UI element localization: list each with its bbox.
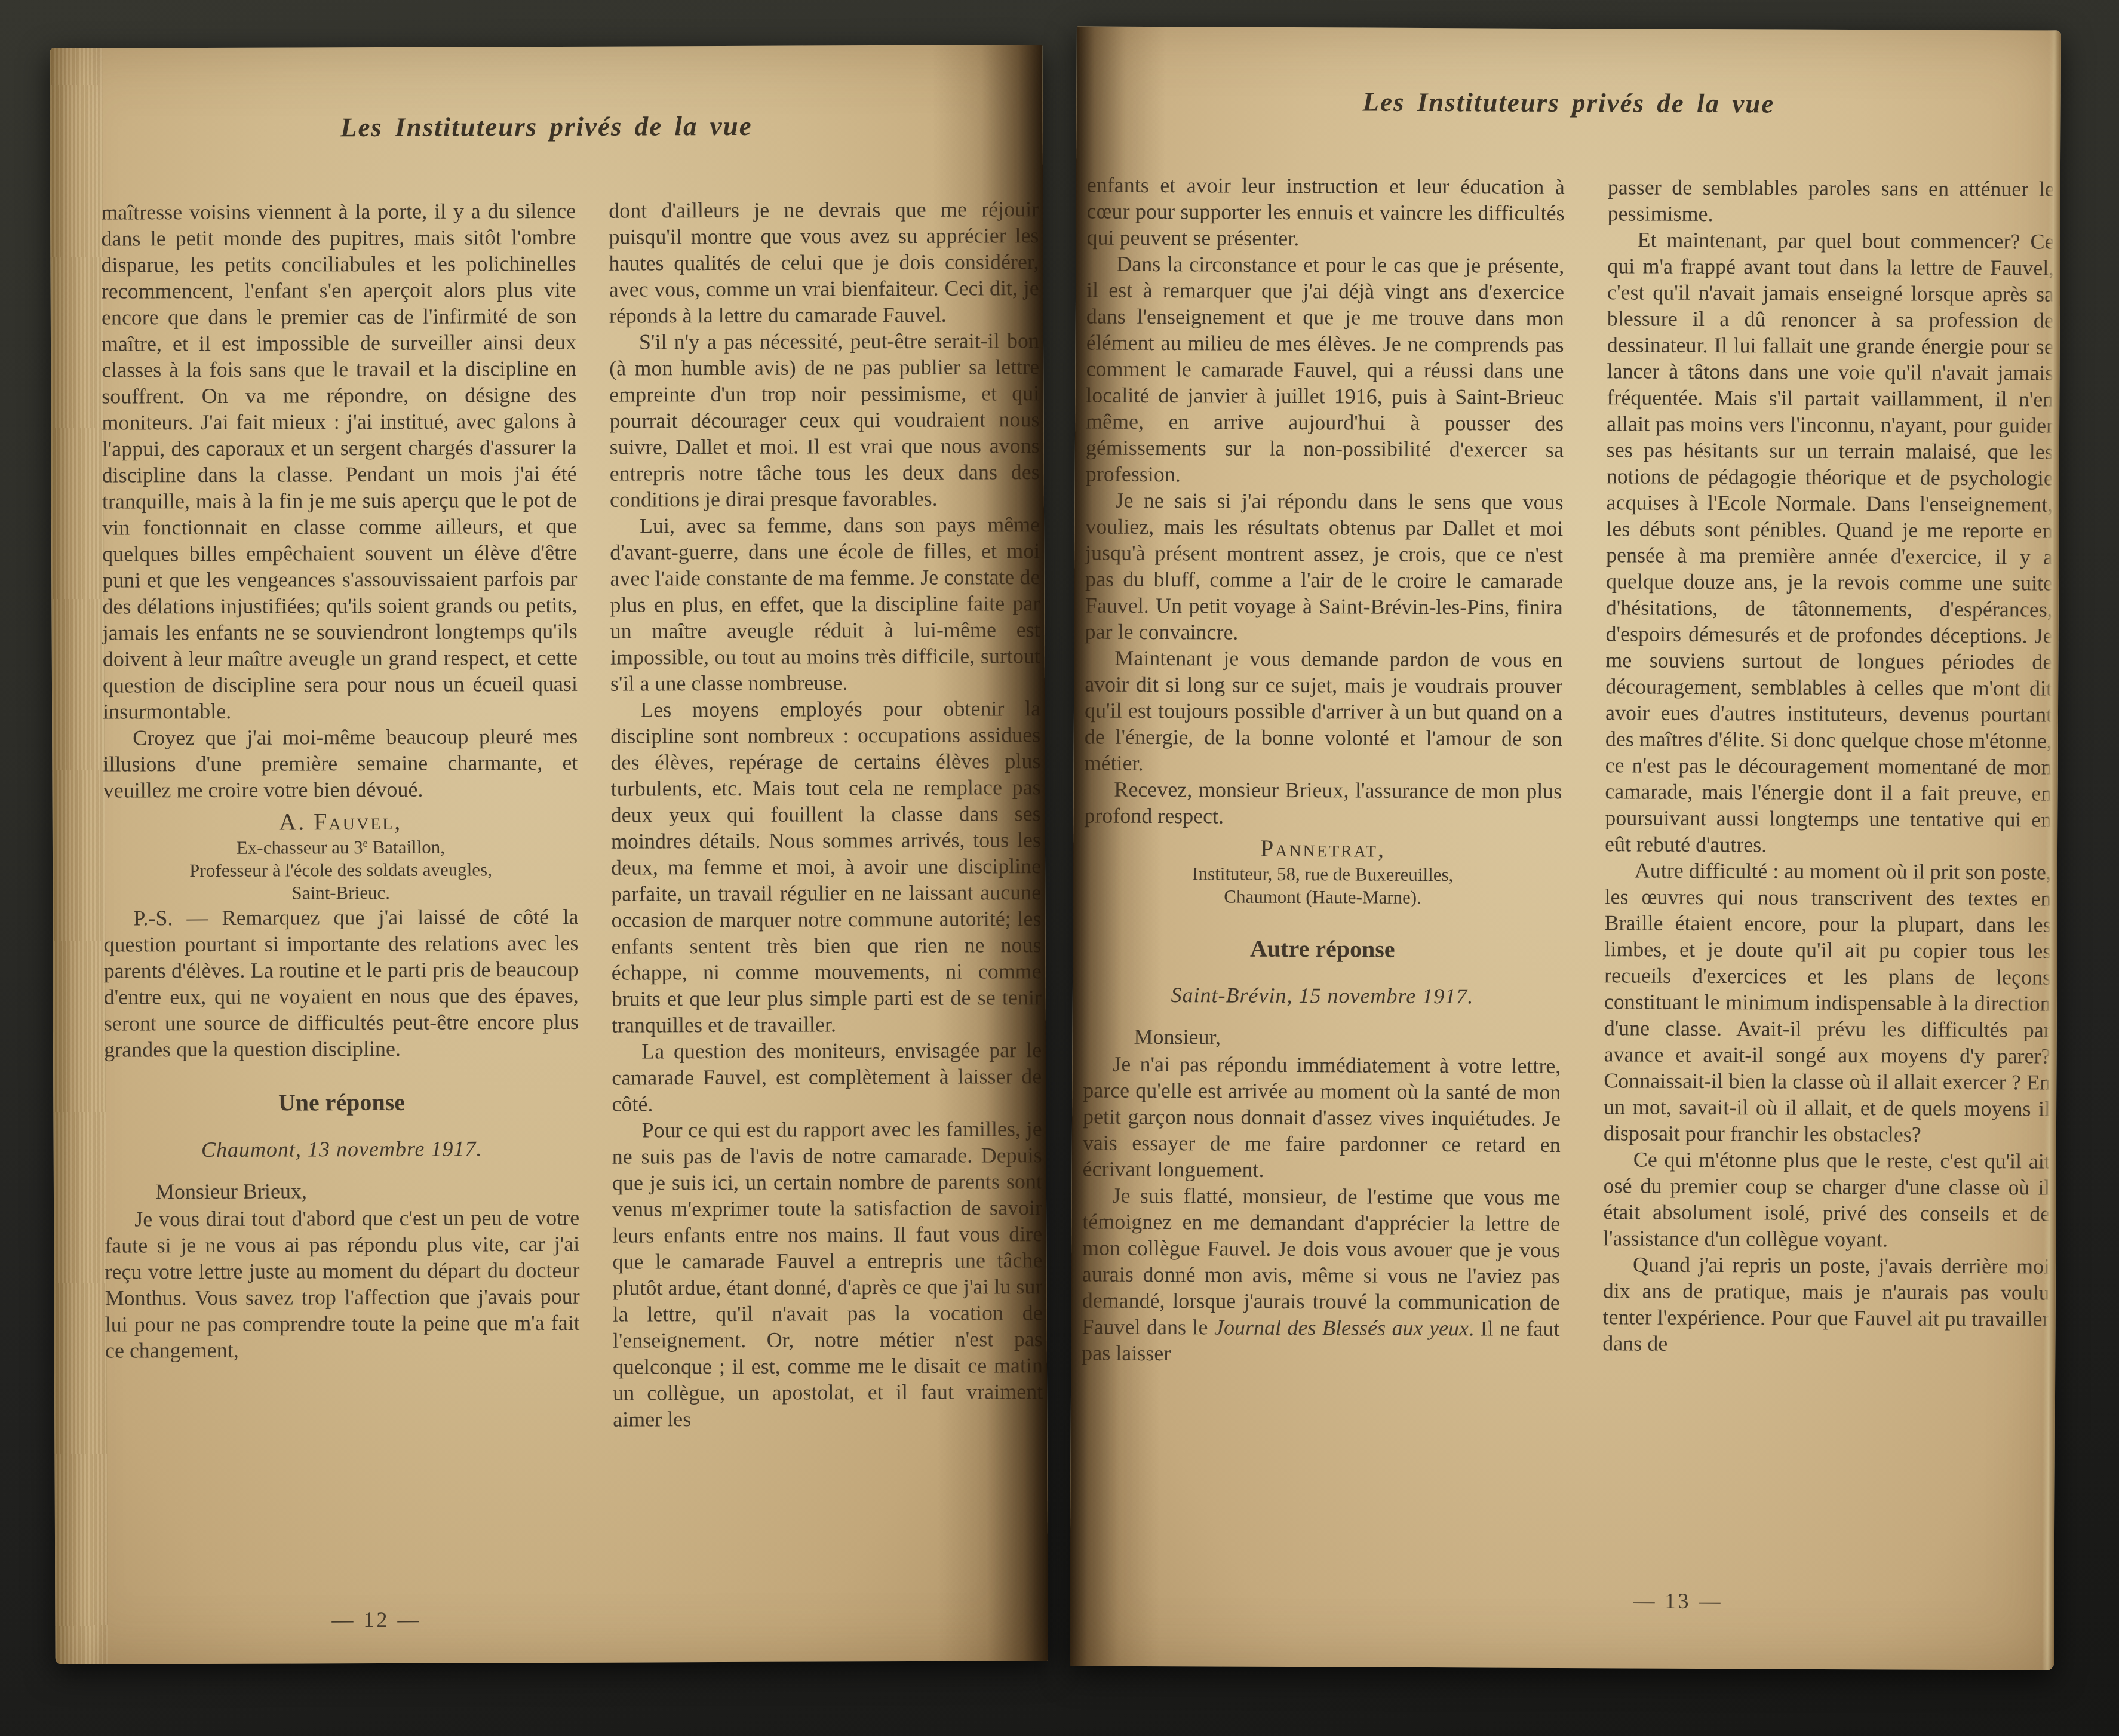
salutation: Monsieur, bbox=[1083, 1023, 1561, 1051]
page-fore-edge bbox=[50, 48, 108, 1664]
paragraph: Je suis flatté, monsieur, de l'estime qu… bbox=[1082, 1182, 1560, 1368]
text-columns-left: maîtresse voisins viennent à la porte, i… bbox=[101, 196, 1043, 1434]
signature-detail: Professeur à l'école des soldats aveugle… bbox=[103, 858, 578, 883]
text-column: maîtresse voisins viennent à la porte, i… bbox=[101, 198, 580, 1434]
signature-detail: Ex-chasseur au 3e Bataillon, bbox=[103, 835, 578, 860]
letter-dateline: Saint-Brévin, 15 novembre 1917. bbox=[1083, 981, 1561, 1009]
salutation: Monsieur Brieux, bbox=[105, 1177, 579, 1205]
signature-name: A. Fauvel, bbox=[103, 808, 578, 836]
paragraph: Ce qui m'étonne plus que le reste, c'est… bbox=[1603, 1146, 2050, 1253]
paragraph: Quand j'ai repris un poste, j'avais derr… bbox=[1602, 1251, 2050, 1358]
section-heading: Une réponse bbox=[104, 1089, 579, 1117]
paragraph: Dans la circonstance et pour le cas que … bbox=[1086, 250, 1565, 488]
text-column: enfants et avoir leur instruction et leu… bbox=[1082, 171, 1565, 1368]
paragraph: Je ne sais si j'ai répondu dans le sens … bbox=[1085, 487, 1563, 646]
paragraph: passer de semblables paroles sans en att… bbox=[1608, 174, 2054, 228]
text-column: dont d'ailleurs je ne devrais que me réj… bbox=[609, 196, 1043, 1433]
paragraph: maîtresse voisins viennent à la porte, i… bbox=[101, 198, 578, 725]
signature-detail: Saint-Brieuc. bbox=[103, 881, 578, 905]
paragraph: Et maintenant, par quel bout commencer? … bbox=[1605, 226, 2054, 859]
page-number-12: — 12 — bbox=[323, 1607, 430, 1633]
paragraph: Les moyens employés pour obtenir la disc… bbox=[610, 695, 1042, 1038]
paragraph: Recevez, monsieur Brieux, l'assurance de… bbox=[1084, 776, 1562, 830]
paragraph: Maintenant je vous demande pardon de vou… bbox=[1085, 644, 1563, 778]
paragraph: Je n'ai pas répondu immédiatement à votr… bbox=[1083, 1050, 1561, 1184]
paragraph: enfants et avoir leur instruction et leu… bbox=[1086, 171, 1565, 252]
section-heading: Autre réponse bbox=[1083, 935, 1561, 963]
text-columns-right: enfants et avoir leur instruction et leu… bbox=[1082, 171, 2054, 1370]
running-header-right: Les Instituteurs privés de la vue bbox=[1076, 85, 2060, 120]
page-right: Les Instituteurs privés de la vue enfant… bbox=[1070, 26, 2061, 1670]
page-number-13: — 13 — bbox=[1618, 1588, 1737, 1614]
text-column: passer de semblables paroles sans en att… bbox=[1602, 174, 2054, 1370]
paragraph: Je vous dirai tout d'abord que c'est un … bbox=[105, 1205, 580, 1364]
paragraph: Pour ce qui est du rapport avec les fami… bbox=[612, 1116, 1043, 1433]
book-spread-photo: Les Instituteurs privés de la vue maître… bbox=[0, 0, 2119, 1736]
signature-name: Pannetrat, bbox=[1084, 834, 1562, 862]
paragraph: Autre difficulté : au moment où il prit … bbox=[1604, 857, 2052, 1148]
signature-detail: Instituteur, 58, rue de Buxereuilles, bbox=[1084, 862, 1562, 886]
paragraph: S'il n'y a pas nécessité, peut-être sera… bbox=[609, 327, 1040, 513]
paragraph: dont d'ailleurs je ne devrais que me réj… bbox=[609, 196, 1039, 329]
paragraph: Lui, avec sa femme, dans son pays même d… bbox=[610, 511, 1040, 697]
paragraph: La question des moniteurs, envisagée par… bbox=[612, 1037, 1042, 1117]
paragraph: P.-S. — Remarquez que j'ai laissé de côt… bbox=[103, 904, 579, 1063]
paragraph: Croyez que j'ai moi-même beaucoup pleuré… bbox=[103, 723, 578, 804]
running-header-left: Les Instituteurs privés de la vue bbox=[50, 109, 1043, 144]
signature-detail: Chaumont (Haute-Marne). bbox=[1084, 884, 1562, 909]
letter-dateline: Chaumont, 13 novembre 1917. bbox=[105, 1135, 579, 1163]
page-left: Les Instituteurs privés de la vue maître… bbox=[50, 45, 1048, 1664]
